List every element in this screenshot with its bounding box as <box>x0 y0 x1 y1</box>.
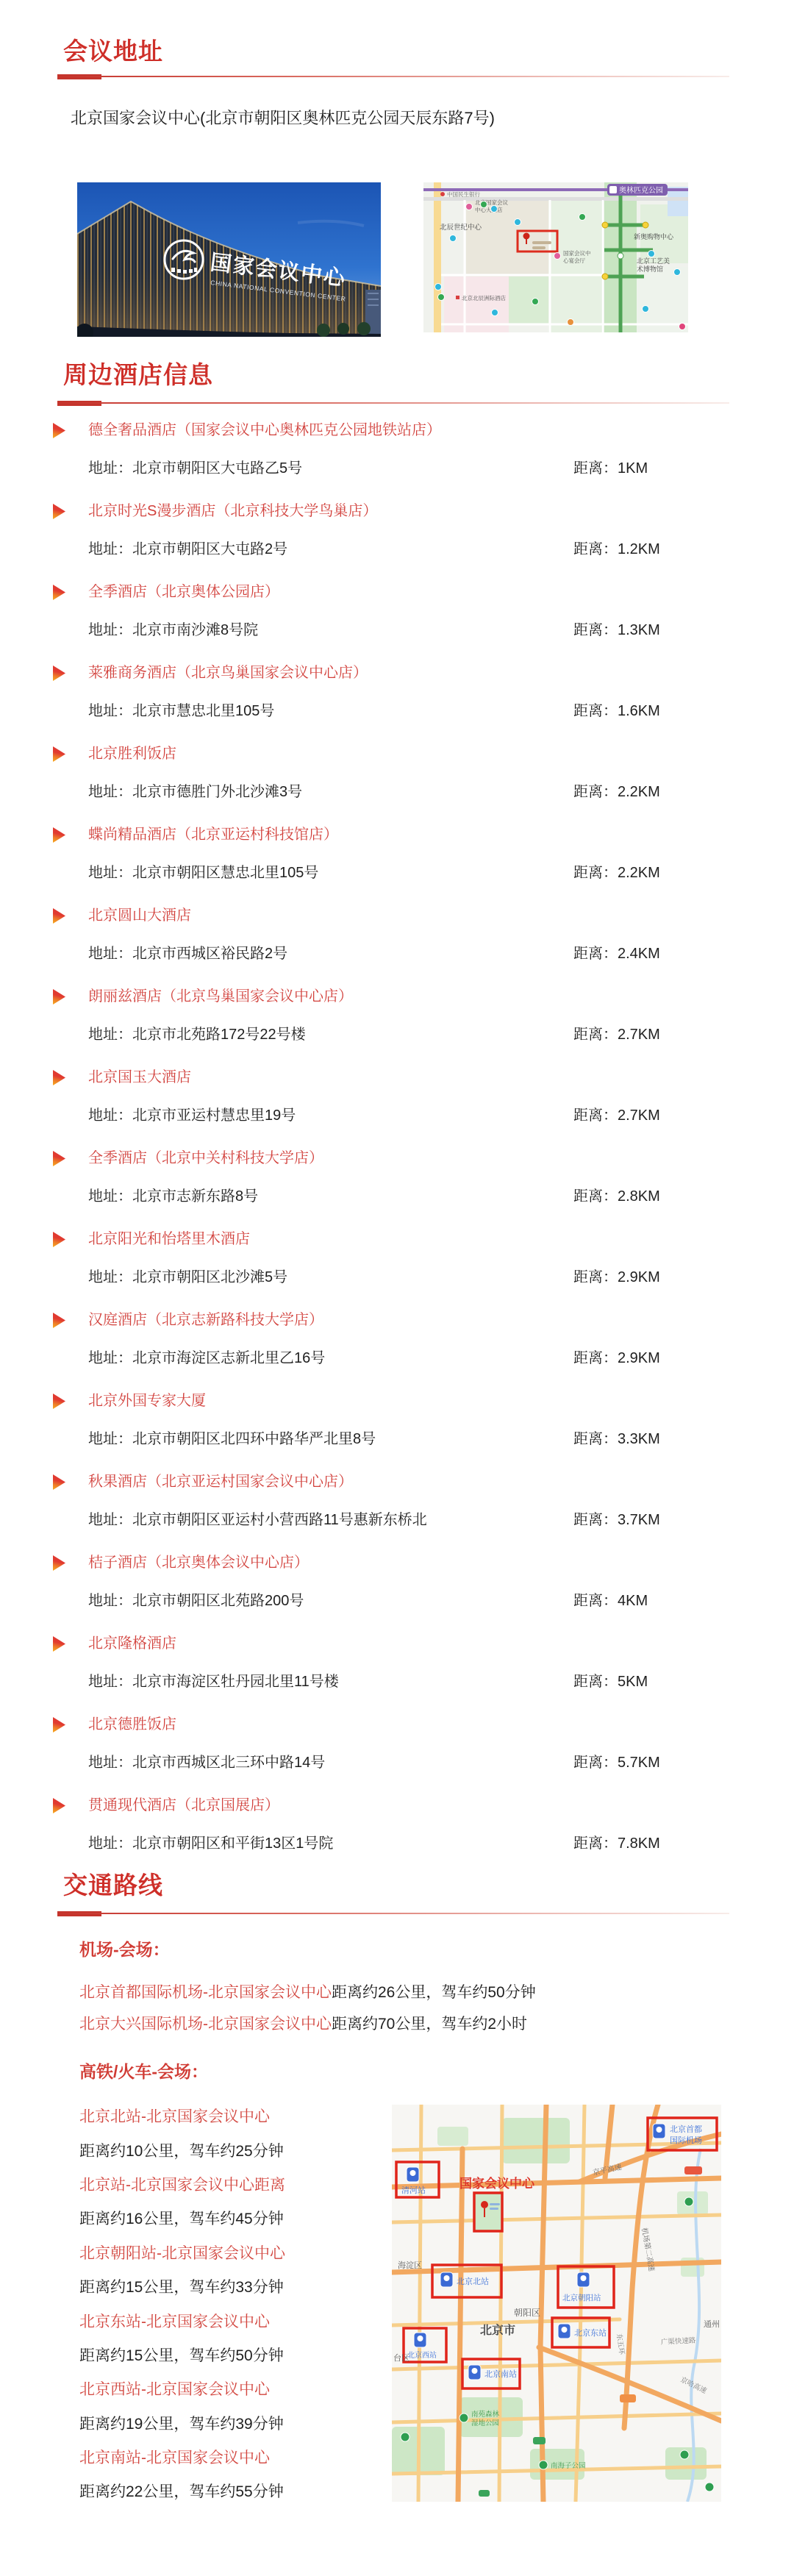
hotel-address: 地址：北京市德胜门外北沙滩3号 <box>88 784 302 800</box>
hotel-entry: 北京阳光和怡塔里木酒店 地址：北京市朝阳区北沙滩5号 距离：2.9KM <box>0 1230 794 1310</box>
airport-route: 北京首都国际机场-北京国家会议中心距离约26公里，驾车约50分钟 <box>79 1975 638 2007</box>
transport-title-rule <box>57 1911 729 1917</box>
bullet-triangle-icon <box>53 1636 65 1652</box>
svg-text:北京西站: 北京西站 <box>407 2350 437 2360</box>
bullet-triangle-icon <box>53 1232 65 1247</box>
venue-photo: 国家会议中心 CHINA NATIONAL CONVENTION CENTER <box>77 182 381 337</box>
bullet-triangle-icon <box>53 504 65 519</box>
hotel-name: 北京时光S漫步酒店（北京科技大学鸟巢店） <box>88 502 377 521</box>
hotel-distance: 距离：2.2KM <box>573 863 660 882</box>
map-label-museum-2: 术博物馆 <box>637 265 663 273</box>
route-detail: 距离约19公里，驾车约39分钟 <box>79 2412 284 2434</box>
bullet-triangle-icon <box>53 1070 65 1085</box>
hotel-name: 贯通现代酒店（北京国展店） <box>88 1796 279 1815</box>
hotel-address: 地址：北京市朝阳区亚运村小营西路11号惠新东桥北 <box>88 1512 427 1528</box>
hotel-distance: 距离：1.3KM <box>573 621 660 640</box>
svg-text:北京东站: 北京东站 <box>574 2327 607 2338</box>
venue-title-rule <box>57 74 729 80</box>
hotel-name: 德全奢品酒店（国家会议中心奥林匹克公园地铁站店） <box>88 421 441 440</box>
area-label-tongzhou: 通州 <box>704 2319 720 2329</box>
bullet-triangle-icon <box>53 666 65 681</box>
hotel-entry: 北京时光S漫步酒店（北京科技大学鸟巢店） 地址：北京市朝阳区大屯路2号 距离：1… <box>0 502 794 582</box>
city-map-image: 国家会议中心 北京首都 国际机场 清河站 北京北站 <box>392 2105 721 2502</box>
hotel-distance: 距离：2.8KM <box>573 1187 660 1206</box>
road-label-guangqu: 广渠快速路 <box>661 2336 697 2347</box>
hotel-address: 地址：北京市朝阳区慧忠北里105号 <box>88 865 318 881</box>
hotel-entry: 全季酒店（北京奥体公园店） 地址：北京市南沙滩8号院 距离：1.3KM <box>0 582 794 663</box>
hotels-title-rule <box>57 401 729 407</box>
hotel-distance: 距离：5.7KM <box>573 1753 660 1772</box>
route-detail: 距离约22公里，驾车约55分钟 <box>79 2480 284 2502</box>
airport-route: 北京大兴国际机场-北京国家会议中心距离约70公里，驾车约2小时 <box>79 2007 638 2038</box>
hotel-name: 北京德胜饭店 <box>88 1715 176 1734</box>
route-name: 北京西站-北京国家会议中心 <box>79 2377 270 2400</box>
hotel-entry: 桔子酒店（北京奥体会议中心店） 地址：北京市朝阳区北苑路200号 距离：4KM <box>0 1553 794 1634</box>
bullet-triangle-icon <box>53 585 65 600</box>
route-name: 北京首都国际机场-北京国家会议中心 <box>79 1980 332 2002</box>
hotel-name: 蝶尚精品酒店（北京亚运村科技馆店） <box>88 825 338 844</box>
hotel-name: 全季酒店（北京奥体公园店） <box>88 582 279 602</box>
bullet-triangle-icon <box>53 746 65 762</box>
bullet-triangle-icon <box>53 423 65 438</box>
hotel-entry: 贯通现代酒店（北京国展店） 地址：北京市朝阳区和平街13区1号院 距离：7.8K… <box>0 1796 794 1877</box>
hotel-entry: 蝶尚精品酒店（北京亚运村科技馆店） 地址：北京市朝阳区慧忠北里105号 距离：2… <box>0 825 794 906</box>
hotel-address: 地址：北京市慧忠北里105号 <box>88 703 274 719</box>
hotel-address: 地址：北京市朝阳区北苑路200号 <box>88 1593 304 1609</box>
hotel-distance: 距离：2.7KM <box>573 1025 660 1044</box>
hotel-entry: 北京外国专家大厦 地址：北京市朝阳区北四环中路华严北里8号 距离：3.3KM <box>0 1391 794 1472</box>
hotel-distance: 距离：5KM <box>573 1672 648 1691</box>
route-name: 北京站-北京国家会议中心距离 <box>79 2173 285 2195</box>
map-label-intercontinental: 北京北辰洲际酒店 <box>462 294 506 302</box>
route-detail: 距离约15公里，驾车约50分钟 <box>79 2344 284 2366</box>
hotel-distance: 距离：7.8KM <box>573 1834 660 1853</box>
hotel-address: 地址：北京市朝阳区大屯路2号 <box>88 541 287 557</box>
bullet-triangle-icon <box>53 1717 65 1733</box>
route-name: 北京北站-北京国家会议中心 <box>79 2105 270 2127</box>
city-map-venue-label: 国家会议中心 <box>459 2176 535 2191</box>
bullet-triangle-icon <box>53 908 65 924</box>
route-detail: 距离约15公里，驾车约33分钟 <box>79 2275 284 2297</box>
hotel-distance: 距离：1.2KM <box>573 540 660 559</box>
hotel-distance: 距离：2.7KM <box>573 1106 660 1125</box>
park-label-nanyuan-1: 南苑森林 <box>471 2410 500 2419</box>
hotel-name: 朗丽兹酒店（北京鸟巢国家会议中心店） <box>88 987 353 1006</box>
hotel-entry: 全季酒店（北京中关村科技大学店） 地址：北京市志新东路8号 距离：2.8KM <box>0 1149 794 1230</box>
hotel-name: 北京阳光和怡塔里木酒店 <box>88 1230 250 1249</box>
bullet-triangle-icon <box>53 1151 65 1166</box>
hotel-name: 秋果酒店（北京亚运村国家会议中心店） <box>88 1472 353 1491</box>
svg-text:北京北站: 北京北站 <box>457 2276 489 2286</box>
map-label-hotel-1: 北京国家会议 <box>475 199 508 206</box>
map-label-hotel-2: 中心大酒店 <box>475 206 503 213</box>
area-label-chaoyang: 朝阳区 <box>514 2307 540 2318</box>
city-map-graphic: 国家会议中心 北京首都 国际机场 清河站 北京北站 <box>392 2105 721 2502</box>
bullet-triangle-icon <box>53 1313 65 1328</box>
map-label-museum-1: 北京工艺美 <box>637 257 670 265</box>
bullet-triangle-icon <box>53 989 65 1005</box>
hotel-entry: 秋果酒店（北京亚运村国家会议中心店） 地址：北京市朝阳区亚运村小营西路11号惠新… <box>0 1472 794 1553</box>
hotel-address: 地址：北京市志新东路8号 <box>88 1188 258 1205</box>
metro-station-label: 奥林匹克公园 <box>619 185 663 195</box>
hotels-section-title: 周边酒店信息 <box>63 362 213 388</box>
bullet-triangle-icon <box>53 827 65 843</box>
hotel-entry: 北京圆山大酒店 地址：北京市西城区裕民路2号 距离：2.4KM <box>0 906 794 987</box>
hotel-address: 地址：北京市朝阳区北沙滩5号 <box>88 1269 287 1285</box>
venue-map-image: 奥林匹克公园 中国民生银行 北辰世纪中心 北京国家会议 中心大酒店 国家会议中 … <box>423 182 688 332</box>
hotel-entry: 汉庭酒店（北京志新路科技大学店） 地址：北京市海淀区志新北里乙16号 距离：2.… <box>0 1310 794 1391</box>
hotel-distance: 距离：2.4KM <box>573 944 660 963</box>
hotel-name: 北京圆山大酒店 <box>88 906 191 925</box>
hotel-address: 地址：北京市海淀区牡丹园北里11号楼 <box>88 1674 339 1690</box>
venue-address-text: 北京国家会议中心(北京市朝阳区奥林匹克公园天辰东路7号) <box>71 106 495 129</box>
hotel-address: 地址：北京市西城区北三环中路14号 <box>88 1755 325 1771</box>
route-name: 北京东站-北京国家会议中心 <box>79 2310 270 2332</box>
bullet-triangle-icon <box>53 1474 65 1490</box>
hotel-distance: 距离：4KM <box>573 1591 648 1610</box>
park-label-nanhaizi: 南海子公园 <box>551 2461 586 2470</box>
park-label-nanyuan-2: 湿地公园 <box>471 2419 499 2427</box>
map-label-banquet-1: 国家会议中 <box>563 249 591 257</box>
route-name: 北京南站-北京国家会议中心 <box>79 2446 270 2468</box>
hotel-address: 地址：北京市朝阳区大屯路乙5号 <box>88 460 302 477</box>
train-heading: 高铁/火车-会场： <box>79 2061 208 2083</box>
map-label-mall: 新奥购物中心 <box>634 232 674 240</box>
hotel-entry: 德全奢品酒店（国家会议中心奥林匹克公园地铁站店） 地址：北京市朝阳区大屯路乙5号… <box>0 421 794 502</box>
svg-text:北京南站: 北京南站 <box>484 2369 517 2379</box>
train-route-list: 北京北站-北京国家会议中心 距离约10公里，驾车约25分钟 北京站-北京国家会议… <box>79 2099 396 2508</box>
hotel-address: 地址：北京市亚运村慧忠里19号 <box>88 1107 296 1124</box>
hotel-address: 地址：北京市朝阳区北四环中路华严北里8号 <box>88 1431 376 1447</box>
airport-heading: 机场-会场： <box>79 1938 170 1960</box>
svg-text:北京首都: 北京首都 <box>670 2124 702 2134</box>
venue-map-box <box>474 2193 502 2231</box>
area-label-beijing: 北京市 <box>480 2323 515 2337</box>
bullet-triangle-icon <box>53 1798 65 1813</box>
hotel-name: 桔子酒店（北京奥体会议中心店） <box>88 1553 309 1572</box>
hotel-name: 北京外国专家大厦 <box>88 1391 206 1410</box>
hotel-name: 汉庭酒店（北京志新路科技大学店） <box>88 1310 323 1330</box>
hotel-name: 北京隆格酒店 <box>88 1634 176 1653</box>
bullet-triangle-icon <box>53 1394 65 1409</box>
venue-photo-graphic: 国家会议中心 CHINA NATIONAL CONVENTION CENTER <box>77 182 381 337</box>
hotel-entry: 莱雅商务酒店（北京鸟巢国家会议中心店） 地址：北京市慧忠北里105号 距离：1.… <box>0 663 794 744</box>
hotel-name: 北京胜利饭店 <box>88 744 176 763</box>
bullet-triangle-icon <box>53 1555 65 1571</box>
hotel-name: 全季酒店（北京中关村科技大学店） <box>88 1149 323 1168</box>
area-label-haidian: 海淀区 <box>398 2260 422 2270</box>
hotel-address: 地址：北京市朝阳区和平街13区1号院 <box>88 1835 333 1852</box>
map-label-beichen: 北辰世纪中心 <box>440 223 482 232</box>
hotel-distance: 距离：2.9KM <box>573 1268 660 1287</box>
hotel-distance: 距离：2.9KM <box>573 1349 660 1368</box>
hotel-distance: 距离：1KM <box>573 459 648 478</box>
route-detail: 距离约10公里，驾车约25分钟 <box>79 2139 284 2161</box>
hotel-address: 地址：北京市南沙滩8号院 <box>88 622 258 638</box>
hotel-entry: 朗丽兹酒店（北京鸟巢国家会议中心店） 地址：北京市北苑路172号22号楼 距离：… <box>0 987 794 1068</box>
hotel-entry: 北京隆格酒店 地址：北京市海淀区牡丹园北里11号楼 距离：5KM <box>0 1634 794 1715</box>
hotel-address: 地址：北京市北苑路172号22号楼 <box>88 1027 306 1043</box>
hotel-name: 莱雅商务酒店（北京鸟巢国家会议中心店） <box>88 663 368 682</box>
hotel-distance: 距离：3.3KM <box>573 1430 660 1449</box>
route-detail: 距离约70公里，驾车约2小时 <box>332 2012 527 2034</box>
map-label-banquet-2: 心宴会厅 <box>563 257 585 264</box>
svg-text:北京朝阳站: 北京朝阳站 <box>562 2293 601 2302</box>
hotel-name: 北京国玉大酒店 <box>88 1068 191 1087</box>
route-detail: 距离约26公里，驾车约50分钟 <box>332 1980 536 2002</box>
hotel-distance: 距离：1.6KM <box>573 702 660 721</box>
hotel-entry: 北京德胜饭店 地址：北京市西城区北三环中路14号 距离：5.7KM <box>0 1715 794 1796</box>
hotel-address: 地址：北京市海淀区志新北里乙16号 <box>88 1350 325 1366</box>
hotel-address: 地址：北京市西城区裕民路2号 <box>88 946 287 962</box>
venue-map-graphic: 奥林匹克公园 中国民生银行 北辰世纪中心 北京国家会议 中心大酒店 国家会议中 … <box>423 182 688 332</box>
hotel-distance: 距离：3.7KM <box>573 1510 660 1530</box>
airport-route-list: 北京首都国际机场-北京国家会议中心距离约26公里，驾车约50分钟 北京大兴国际机… <box>79 1975 638 2038</box>
route-name: 北京大兴国际机场-北京国家会议中心 <box>79 2012 332 2034</box>
svg-text:国际机场: 国际机场 <box>670 2135 702 2145</box>
hotel-entry: 北京国玉大酒店 地址：北京市亚运村慧忠里19号 距离：2.7KM <box>0 1068 794 1149</box>
venue-section-title: 会议地址 <box>63 38 163 65</box>
page: 会议地址 北京国家会议中心(北京市朝阳区奥林匹克公园天辰东路7号) <box>0 0 794 2576</box>
map-label-bank: 中国民生银行 <box>447 190 480 198</box>
route-detail: 距离约16公里，驾车约45分钟 <box>79 2207 284 2229</box>
hotel-distance: 距离：2.2KM <box>573 782 660 802</box>
svg-text:清河站: 清河站 <box>401 2185 426 2195</box>
transport-section-title: 交通路线 <box>63 1872 163 1899</box>
route-name: 北京朝阳站-北京国家会议中心 <box>79 2241 285 2263</box>
area-label-fengtai: 台区 <box>393 2353 409 2363</box>
hotel-entry: 北京胜利饭店 地址：北京市德胜门外北沙滩3号 距离：2.2KM <box>0 744 794 825</box>
